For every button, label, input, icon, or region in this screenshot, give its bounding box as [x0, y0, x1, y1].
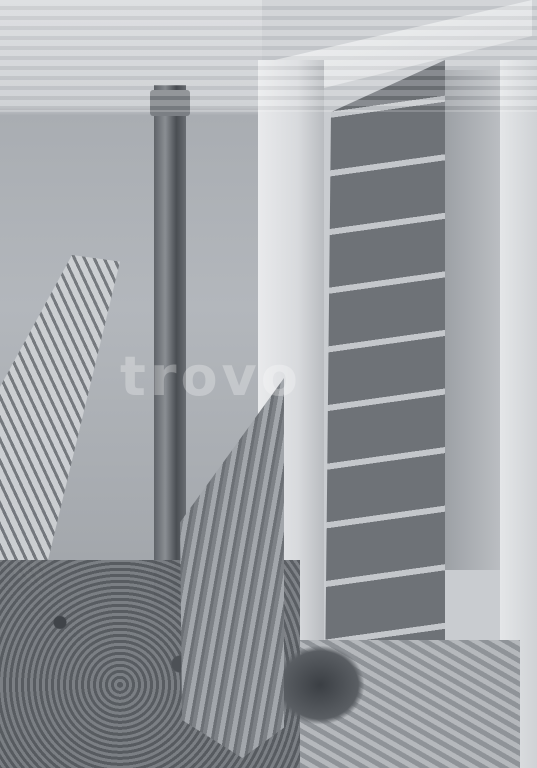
boarded-doorway [325, 60, 445, 710]
debris-heap [275, 645, 365, 725]
property-photo: trovo [0, 0, 537, 768]
watermark: trovo [120, 345, 302, 408]
scan-banding [0, 0, 537, 112]
